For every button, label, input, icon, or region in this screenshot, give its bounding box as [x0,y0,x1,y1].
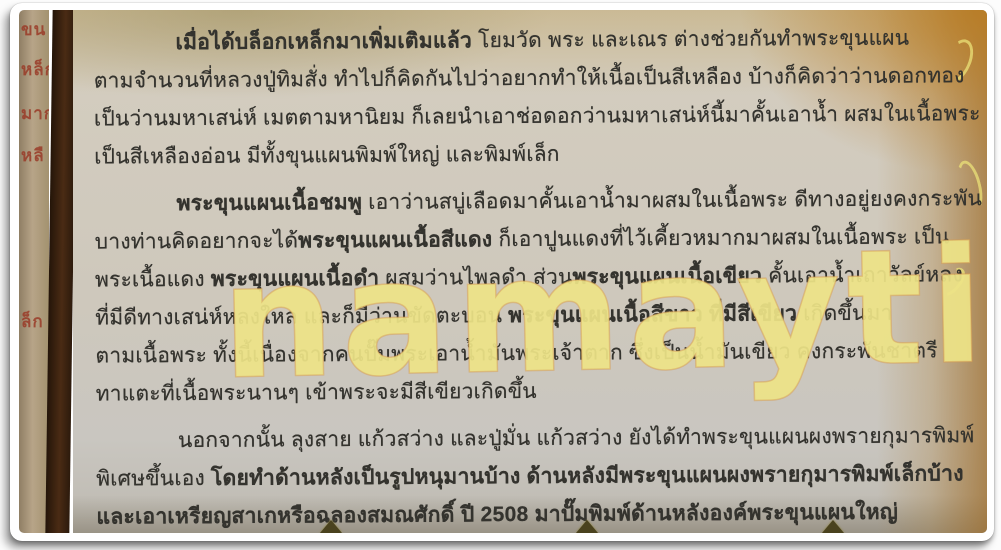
text-run: โยมวัด พระ และเณร ต่างช่วยกันทำพระขุนแผน [472,27,909,53]
bold-text-run: ที่มีสีเขียว [709,302,797,326]
text-line: นอกจากนั้น ลุงสาย แก้วสว่าง และปู่มั่น แ… [96,417,946,460]
side-text-fragment: หลื [21,142,45,169]
side-text-fragment: ล็ก [21,308,44,335]
text-run: ตามเนื้อพระ ทั้งนี้เนื่องจากคนปั๊มพระเอา… [95,339,937,367]
bottom-ornament-icon [320,520,342,533]
text-run: เอาว่านสบู่เลือดมาคั้นเอาน้ำมาผสมในเนื้อ… [362,187,982,214]
text-line: เมื่อได้บล็อกเหล็กมาเพิ่มเติมแล้ว โยมวัด… [93,19,943,62]
text-line: เป็นว่านมหาเสน่ห์ เมตตามหานิยม ก็เลยนำเอ… [94,95,944,138]
bold-text-run: โดยทำด้านหลังเป็นรูปหนุมานบ้าง [211,465,521,490]
article-text: เมื่อได้บล็อกเหล็กมาเพิ่มเติมแล้ว โยมวัด… [93,19,946,533]
book-page-photo: ขนหล็กมากหลืล็ก เมื่อได้บล็อกเหล็กมาเพิ่… [19,10,987,533]
text-run: ก็เอาปูนแดงที่ไว้เคี้ยวหมากมาผสมในเนื้อพ… [492,225,949,251]
text-line: พระขุนแผนเนื้อชมพู เอาว่านสบู่เลือดมาคั้… [94,180,944,223]
text-run: เป็นสีเหลืองอ่อน มีทั้งขุนแผนพิมพ์ใหญ่ แ… [94,143,560,169]
text-run: บางท่านคิดอยากจะได้ [95,229,299,253]
text-run: พระเนื้อแดง [95,268,211,292]
adjacent-page-edge: ขนหล็กมากหลืล็ก [19,10,49,533]
document-page: เมื่อได้บล็อกเหล็กมาเพิ่มเติมแล้ว โยมวัด… [73,10,987,533]
text-run: นอกจากนั้น ลุงสาย แก้วสว่าง และปู่มั่น แ… [178,424,975,452]
text-line: พิเศษขึ้นเอง โดยทำด้านหลังเป็นรูปหนุมานบ… [96,455,946,498]
bold-text-run: พระขุนแผนเนื้อเขียว [572,265,762,289]
bold-text-run: พระขุนแผนเนื้อดำ [211,267,380,291]
side-text-fragment: หล็ก [21,56,49,83]
bottom-ornament-icon [822,520,844,533]
side-text-fragment: ขน [21,16,46,43]
text-run: เกิดขึ้นมา [797,302,892,326]
paragraph: เมื่อได้บล็อกเหล็กมาเพิ่มเติมแล้ว โยมวัด… [93,19,944,176]
bold-text-run: ด้านหลังมีพระขุนแผนผงพรายกุมารพิมพ์เล็กบ… [527,462,964,488]
paragraph: พระขุนแผนเนื้อชมพู เอาว่านสบู่เลือดมาคั้… [94,180,945,413]
side-text-fragment: มาก [21,100,49,127]
text-run: ที่มีดีทางเสน่ห์หลงใหล และก็มีว่านขัดตะบ… [95,304,508,330]
bold-text-run: และเอาเหรียญสาเกหรือฉลองสมณศักดิ์ ปี 250… [96,501,898,529]
text-run: ทาแตะที่เนื้อพระนานๆ เข้าพระจะมีสีเขียวเ… [96,380,537,406]
text-line: ที่มีดีทางเสน่ห์หลงใหล และก็มีว่านขัดตะบ… [95,294,945,337]
text-line: ทาแตะที่เนื้อพระนานๆ เข้าพระจะมีสีเขียวเ… [96,370,946,413]
text-run: ผสมว่านไพลดำ ส่วน [379,266,572,290]
bold-text-run: พระขุนแผนเนื้อสีขาว [508,303,703,327]
text-line: บางท่านคิดอยากจะได้พระขุนแผนเนื้อสีแดง ก… [95,218,945,261]
text-line: เป็นสีเหลืองอ่อน มีทั้งขุนแผนพิมพ์ใหญ่ แ… [94,133,944,176]
text-line: ตามเนื้อพระ ทั้งนี้เนื่องจากคนปั๊มพระเอา… [95,332,945,375]
text-line: และเอาเหรียญสาเกหรือฉลองสมณศักดิ์ ปี 250… [96,493,946,533]
text-run: คั้นเอาน้ำเถาวัลย์หลง [762,263,963,287]
bold-text-run: เมื่อได้บล็อกเหล็กมาเพิ่มเติมแล้ว [175,29,472,54]
text-line: ตามจำนวนที่หลวงปู่ทิมสั่ง ทำไปก็คิดกันไป… [94,57,944,100]
text-run: ตามจำนวนที่หลวงปู่ทิมสั่ง ทำไปก็คิดกันไป… [94,64,965,92]
paragraph: นอกจากนั้น ลุงสาย แก้วสว่าง และปู่มั่น แ… [96,417,947,533]
book-gutter-shadow [45,10,76,533]
bottom-ornament-icon [576,520,598,533]
bold-text-run: พระขุนแผนเนื้อสีแดง [298,228,492,252]
text-line: พระเนื้อแดง พระขุนแผนเนื้อดำ ผสมว่านไพลด… [95,256,945,299]
bold-text-run: พระขุนแผนเนื้อชมพู [176,191,362,215]
photo-frame: ขนหล็กมากหลืล็ก เมื่อได้บล็อกเหล็กมาเพิ่… [10,3,994,541]
text-run: เป็นว่านมหาเสน่ห์ เมตตามหานิยม ก็เลยนำเอ… [94,102,981,130]
text-run: พิเศษขึ้นเอง [96,467,211,491]
